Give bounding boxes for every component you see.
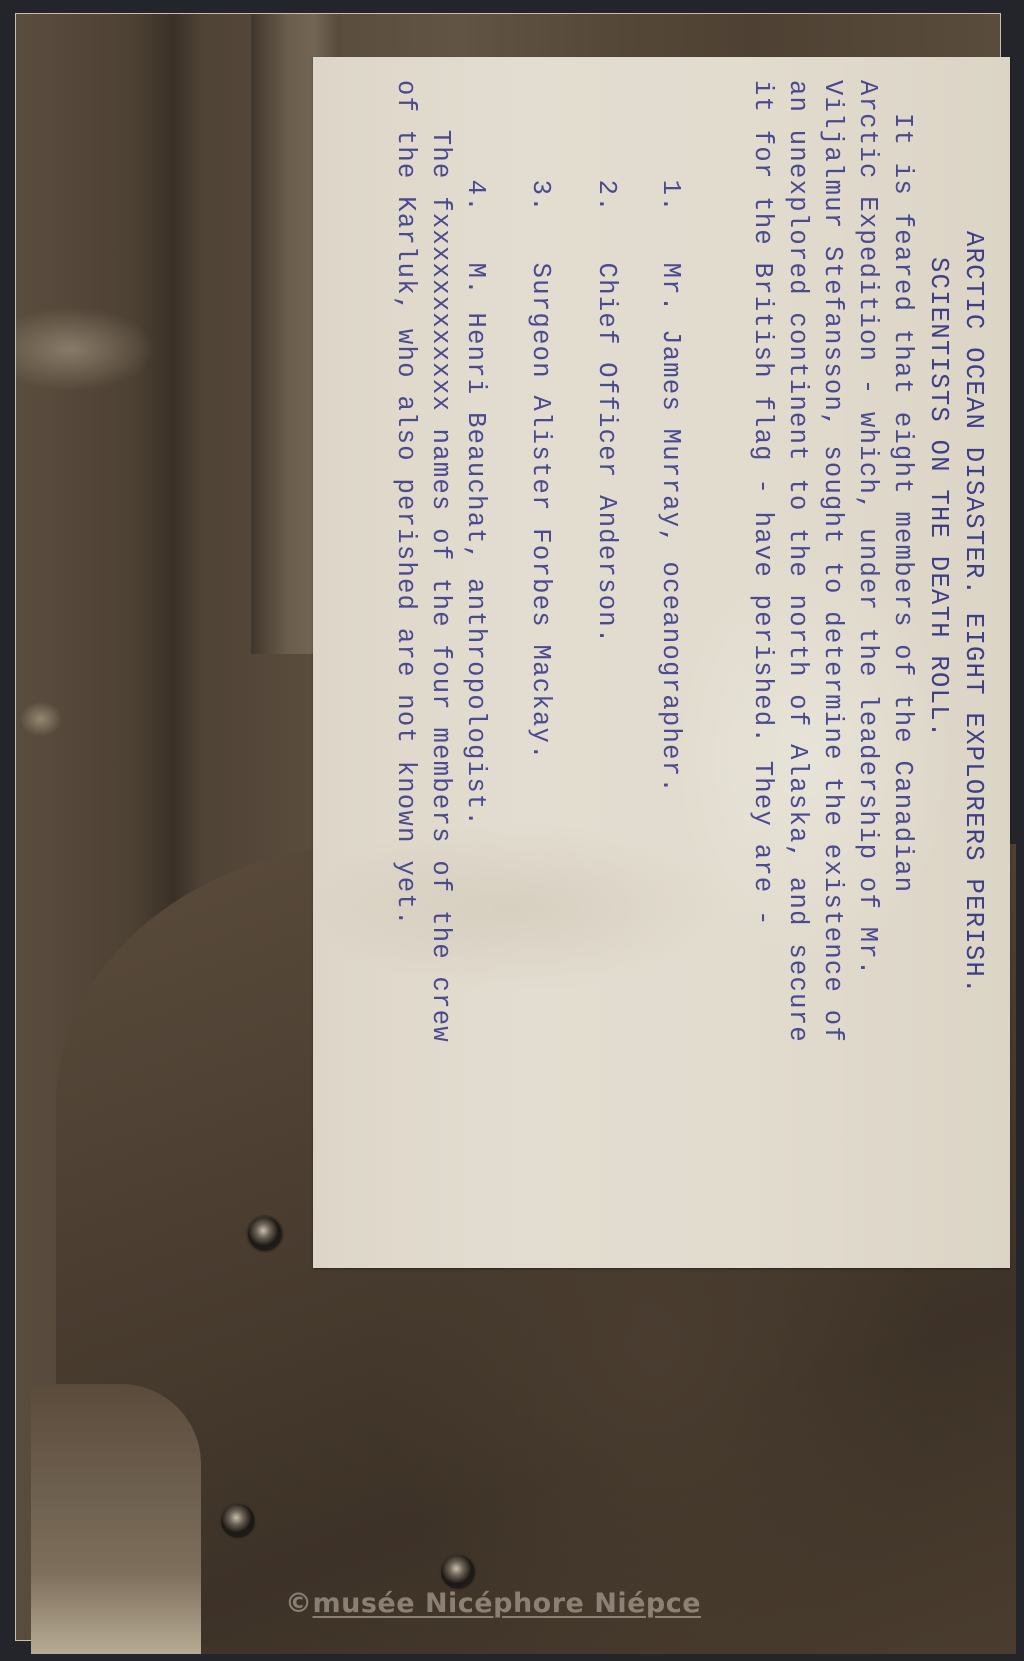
rotated-text-frame: ARCTIC OCEAN DISASTER. EIGHT EXPLORERS P…	[313, 57, 1010, 1268]
paragraph-line: Arctic Expedition - which, under the lea…	[853, 80, 882, 977]
paragraph-line: an unexplored continent to the north of …	[783, 80, 812, 1043]
coat-button	[221, 1504, 255, 1538]
paragraph-line: It is feared that eight members of the C…	[888, 113, 917, 893]
coat-button	[248, 1217, 282, 1251]
list-text: Chief Officer Anderson.	[592, 263, 621, 645]
museum-watermark: ©musée Nicéphore Niépce	[285, 1588, 701, 1619]
list-number: 3.	[526, 180, 555, 213]
headline: ARCTIC OCEAN DISASTER. EIGHT EXPLORERS P…	[959, 231, 988, 995]
closing-line: of the Karluk, who also perished are not…	[391, 80, 420, 927]
paragraph-line: it for the British flag - have perished.…	[748, 80, 777, 927]
list-number: 2.	[592, 180, 621, 213]
list-text: M. Henri Beauchat, anthropologist.	[461, 263, 490, 827]
sleeve-cuff	[31, 1384, 201, 1654]
closing-line: The fxxxxxxxxxxxx names of the four memb…	[426, 80, 455, 1043]
subheadline: SCIENTISTS ON THE DEATH ROLL.	[924, 257, 953, 738]
coat-button	[441, 1555, 475, 1589]
list-text: Surgeon Alister Forbes Mackay.	[526, 263, 555, 761]
list-number: 4.	[461, 180, 490, 213]
watermark-text: musée Nicéphore Niépce	[313, 1588, 702, 1619]
list-text: Mr. James Murray, oceanographer.	[656, 263, 685, 794]
typewritten-caption-slip: ARCTIC OCEAN DISASTER. EIGHT EXPLORERS P…	[313, 57, 1010, 1268]
copyright-icon: ©	[285, 1588, 313, 1619]
list-number: 1.	[656, 180, 685, 213]
paragraph-line: Viljalmur Stefansson, sought to determin…	[818, 80, 847, 1043]
